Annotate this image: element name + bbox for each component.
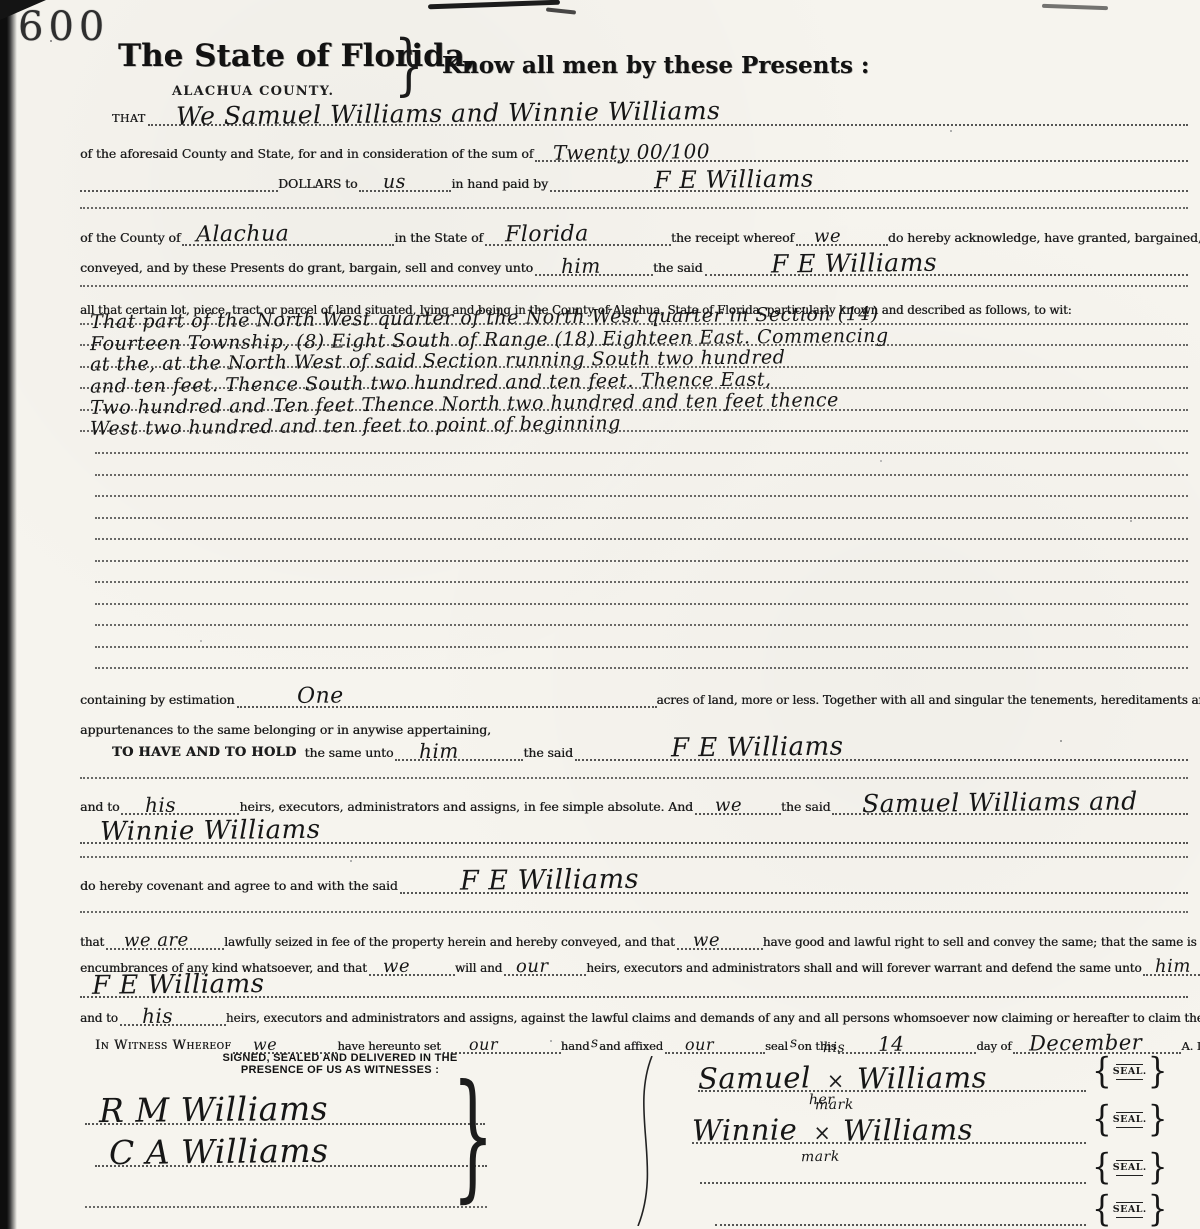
unto-fill-line: him: [535, 258, 653, 276]
seal-brace-left: {: [1092, 1192, 1112, 1228]
blank-rule: [95, 646, 1188, 648]
witness-heading-line1: SIGNED, SEALED AND DELIVERED IN THE: [195, 1052, 485, 1064]
payer-fill-line: F E Williams: [550, 171, 1188, 192]
grantor2-last-name: Williams: [843, 1118, 973, 1143]
exec-we-handwritten: we: [233, 1039, 277, 1052]
witness-heading-line2: PRESENCE OF US AS WITNESSES :: [195, 1064, 485, 1076]
seal-dash: [1116, 1217, 1143, 1218]
blank-rule: [80, 856, 1188, 858]
our-hands-handwritten: our: [443, 1039, 498, 1052]
blank-rule: [95, 667, 1188, 669]
seal-brace-right: }: [1148, 1150, 1168, 1186]
grantor2-first-name: Winnie: [692, 1118, 798, 1142]
witness-brace: }: [452, 1054, 494, 1220]
habendum-him-handwritten: him: [395, 743, 459, 760]
scan-tear-mark: [546, 7, 576, 14]
grantors-handwritten: We Samuel Williams and Winnie Williams: [148, 101, 721, 127]
seized-line: that we are lawfully seized in fee of th…: [80, 926, 1188, 950]
same-unto-label: the same unto: [304, 745, 395, 761]
his-fill-line: his: [121, 797, 239, 815]
page-number: 600: [18, 4, 109, 50]
his2-handwritten: his: [120, 1008, 173, 1025]
receipt-fill-line: we: [796, 230, 888, 246]
habendum-line: TO HAVE AND TO HOLD the same unto him th…: [112, 737, 1188, 761]
day-handwritten: 14: [838, 1036, 905, 1053]
blank-rule: [80, 285, 1188, 287]
covenant-line: do hereby covenant and agree to and with…: [80, 866, 1188, 894]
county-state-line: of the County of Alachua in the State of…: [80, 222, 1188, 246]
seized-we-handwritten: we are: [106, 933, 189, 948]
containing-label: containing by estimation: [80, 692, 237, 708]
seal-core: SEAL.: [1113, 1200, 1147, 1219]
seal-dash: [1116, 1160, 1143, 1161]
receipt-we-handwritten: we: [796, 229, 841, 244]
paid-to-handwritten: us: [359, 175, 406, 191]
county-label: of the County of: [80, 230, 182, 246]
blank-rule: [95, 495, 1188, 497]
seal-dash: [1116, 1175, 1143, 1176]
habendum-said-label: the said: [523, 745, 575, 761]
grantors2-line: Winnie Williams: [80, 816, 1188, 844]
unto-him-handwritten: him: [535, 258, 601, 275]
seal-badge: { SEAL. }: [1092, 1194, 1167, 1225]
blank-rule: [95, 538, 1188, 540]
our-seals-fill: our: [665, 1039, 765, 1054]
month-handwritten: December: [1013, 1035, 1142, 1053]
state-fill-line: Florida: [485, 226, 671, 246]
grantee-handwritten: F E Williams: [704, 253, 936, 275]
seal-dash: [1116, 1127, 1143, 1128]
seal-word-label: seal: [765, 1039, 790, 1054]
payer-handwritten: F E Williams: [550, 169, 814, 191]
seal-dash: [1116, 1202, 1143, 1203]
claims-line: and to his heirs, executors and administ…: [80, 1002, 1188, 1026]
seal-label: SEAL.: [1113, 1066, 1147, 1077]
affixed-label: and affixed: [599, 1039, 665, 1054]
description-handwritten: West two hundred and ten feet to point o…: [90, 416, 621, 437]
convey-label: conveyed, and by these Presents do grant…: [80, 260, 535, 276]
seal-badge: { SEAL. }: [1092, 1056, 1167, 1087]
mark-relation-label: her: [809, 1095, 835, 1106]
habendum-grantee-fill: F E Williams: [575, 738, 1188, 761]
seal-brace-right: }: [1148, 1102, 1168, 1138]
that-label2: that: [80, 935, 106, 950]
blank-rule: [95, 581, 1188, 583]
that-label: THAT: [112, 112, 148, 126]
acreage-fill-line: One: [237, 688, 657, 708]
grantee2-handwritten: F E Williams: [80, 974, 265, 997]
covenant-grantee-handwritten: F E Williams: [400, 869, 639, 893]
blank-rule: [95, 517, 1188, 519]
blank-rule: [95, 624, 1188, 626]
county-heading: ALACHUA COUNTY.: [172, 84, 334, 99]
habendum-unto-fill: him: [395, 743, 523, 761]
and-to2-label: and to: [80, 1011, 120, 1026]
description-ruled-line: Fourteen Township, (8) Eight South of Ra…: [80, 323, 1188, 347]
blank-rule: [95, 560, 1188, 562]
grantors-line: THAT We Samuel Williams and Winnie Willi…: [112, 102, 1188, 126]
hand-label: hand: [561, 1039, 592, 1054]
heirs-label: heirs, executors, administrators and ass…: [239, 799, 695, 815]
execution-line: In Witness Whereof we have hereunto set …: [95, 1030, 1188, 1054]
consideration-label: of the aforesaid County and State, for a…: [80, 146, 535, 162]
right-we-fill: we: [677, 934, 763, 950]
seal-brace-right: }: [1148, 1054, 1168, 1090]
acreage-handwritten: One: [236, 688, 343, 707]
hand-plural-handwritten: s: [591, 1038, 599, 1050]
blank-rule: [80, 207, 1188, 209]
seal-core: SEAL.: [1113, 1158, 1147, 1177]
description-ruled-line: and ten feet. Thence South two hundred a…: [80, 366, 1188, 390]
we-handwritten: we: [695, 798, 742, 813]
appurtenances-label: appurtenances to the same belonging or i…: [80, 722, 493, 738]
pen-flourish-line: [618, 1056, 678, 1226]
year-label: A. D. 188: [1181, 1039, 1200, 1054]
grantors-fill-line: We Samuel Williams and Winnie Williams: [148, 104, 1188, 126]
blank-rule: [95, 452, 1188, 454]
x-mark-icon: ×: [827, 1069, 845, 1093]
blank-rule: [80, 911, 1188, 913]
the-said-label: the said: [653, 260, 705, 276]
seal-label: SEAL.: [1113, 1204, 1147, 1215]
seal-plural-handwritten: s: [789, 1038, 797, 1050]
grantor1-last-name: Williams: [857, 1066, 987, 1091]
sum-fill-line: Twenty 00/100: [535, 144, 1188, 162]
blank-rule: [80, 777, 1188, 779]
grantors1-handwritten: Samuel Williams and: [832, 791, 1138, 814]
convey-line: conveyed, and by these Presents do grant…: [80, 252, 1188, 276]
seal-dash: [1116, 1064, 1143, 1065]
seal-core: SEAL.: [1113, 1110, 1147, 1129]
heirs-line: and to his heirs, executors, administrat…: [80, 791, 1188, 815]
our-seals-handwritten: our: [665, 1039, 714, 1052]
grantee2-line: F E Williams: [80, 972, 1188, 998]
blank-rule: [95, 474, 1188, 476]
mark-relation-label: his: [823, 1043, 845, 1054]
deed-document-page: 600 The State of Florida, } ALACHUA COUN…: [0, 0, 1200, 1229]
seal-brace-left: {: [1092, 1150, 1112, 1186]
claims-label: heirs, executors and administrators and …: [226, 1011, 1200, 1026]
grantee-fill-line: F E Williams: [705, 254, 1189, 276]
seal-brace-right: }: [1148, 1192, 1168, 1228]
county-handwritten: Alachua: [182, 226, 290, 245]
grantor1-mark: his × mark: [811, 1060, 857, 1090]
seal-brace-left: {: [1092, 1102, 1112, 1138]
covenant-label: do hereby covenant and agree to and with…: [80, 878, 400, 894]
grantor1-first-name: Samuel: [698, 1066, 811, 1090]
blank-signature-row: [715, 1194, 1086, 1226]
dollars-line: DOLLARS to us in hand paid by F E Willia…: [80, 168, 1188, 192]
blank-rule: [85, 1206, 487, 1208]
witness-signature-line: R M Williams: [85, 1086, 485, 1125]
blank-fill-line: [80, 190, 278, 192]
county-fill-line: Alachua: [182, 226, 394, 246]
covenant-grantee-fill: F E Williams: [400, 870, 1188, 894]
scan-tear-mark: [1042, 4, 1108, 10]
grantors2-handwritten: Winnie Williams: [80, 820, 321, 843]
receipt-label: the receipt whereof: [671, 230, 796, 246]
acreage-line: containing by estimation One acres of la…: [80, 684, 1188, 708]
description-ruled-line: That part of the North West quarter of t…: [80, 301, 1188, 325]
grantor-signature-row: Winnie her × mark Williams: [692, 1106, 1086, 1144]
state-label: in the State of: [394, 230, 485, 246]
dollars-label: DOLLARS to: [278, 176, 359, 192]
day-of-label: day of: [976, 1039, 1013, 1054]
grantor2-mark: her × mark: [797, 1112, 843, 1142]
consideration-line: of the aforesaid County and State, for a…: [80, 138, 1188, 162]
witness1-signature: R M Williams: [85, 1095, 328, 1124]
description-ruled-line: Two hundred and Ten feet Thence North tw…: [80, 387, 1188, 411]
sum-handwritten: Twenty 00/100: [535, 143, 710, 161]
and-to-label: and to: [80, 799, 121, 815]
witness-signature-line: C A Williams: [95, 1128, 487, 1167]
right-we-handwritten: we: [677, 933, 720, 948]
seal-label: SEAL.: [1113, 1114, 1147, 1125]
acknowledge-label: do hereby acknowledge, have granted, bar…: [888, 230, 1200, 246]
seized-label: lawfully seized in fee of the property h…: [224, 935, 677, 950]
appurtenances-line: appurtenances to the same belonging or i…: [80, 714, 493, 738]
covenant-said-label: the said: [781, 799, 833, 815]
seal-dash: [1116, 1112, 1143, 1113]
to-have-label: TO HAVE AND TO HOLD: [112, 745, 298, 761]
witness2-signature: C A Williams: [95, 1137, 329, 1166]
blank-rule: [95, 603, 1188, 605]
habendum-grantee-handwritten: F E Williams: [575, 737, 844, 761]
header-brace: }: [394, 26, 423, 103]
proclamation-heading: Know all men by these Presents :: [442, 52, 869, 79]
scan-tear-mark: [428, 0, 560, 9]
blank-signature-row: [700, 1152, 1086, 1184]
seal-badge: { SEAL. }: [1092, 1152, 1167, 1183]
description-ruled-line: at the, at the North West of said Sectio…: [80, 344, 1188, 368]
in-hand-label: in hand paid by: [451, 176, 550, 192]
seal-brace-left: {: [1092, 1054, 1112, 1090]
right-label: have good and lawful right to sell and c…: [763, 935, 1200, 950]
day-fill: 14: [838, 1036, 976, 1054]
state-handwritten: Florida: [485, 226, 589, 245]
grantee2-fill-line: F E Williams: [80, 975, 1188, 998]
seal-label: SEAL.: [1113, 1162, 1147, 1173]
scan-edge-left: [0, 0, 18, 1229]
seal-core: SEAL.: [1113, 1062, 1147, 1081]
acres-label: acres of land, more or less. Together wi…: [657, 693, 1200, 708]
his-handwritten: his: [121, 797, 176, 814]
grantors2-fill-line: Winnie Williams: [80, 821, 1188, 844]
seal-badge: { SEAL. }: [1092, 1104, 1167, 1135]
paid-to-fill-line: us: [359, 175, 451, 192]
grantors1-fill-line: Samuel Williams and: [832, 793, 1188, 815]
his2-fill: his: [120, 1008, 226, 1026]
seal-dash: [1116, 1079, 1143, 1080]
x-mark-icon: ×: [813, 1121, 831, 1145]
description-ruled-line: West two hundred and ten feet to point o…: [80, 409, 1188, 433]
witness-heading: SIGNED, SEALED AND DELIVERED IN THE PRES…: [195, 1052, 485, 1076]
we-fill-line: we: [695, 799, 781, 815]
seized-we-fill: we are: [106, 934, 224, 950]
grantor-signature-row: Samuel his × mark Williams: [698, 1056, 1086, 1092]
